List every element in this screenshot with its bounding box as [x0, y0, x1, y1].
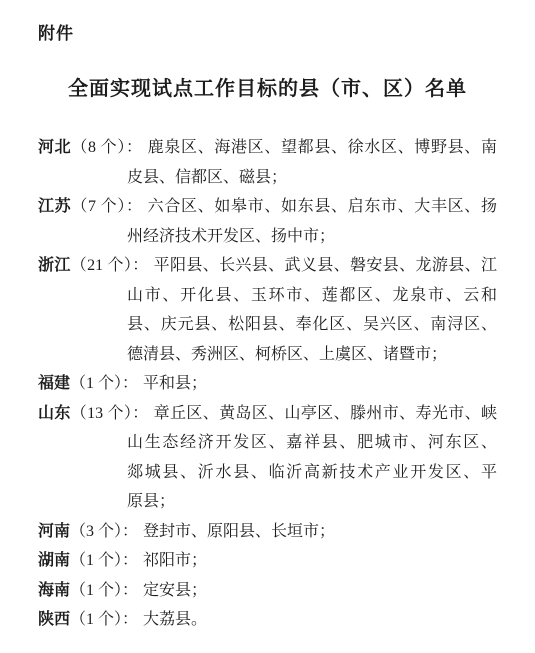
province-name: 海南 [38, 582, 70, 599]
province-count: （21 个）： [71, 257, 149, 274]
entry-text: 祁阳市； [143, 552, 207, 569]
entry-line-first: 河北（8 个）：鹿泉区、海港区、望都县、徐水区、博野县、南 [0, 133, 497, 163]
entry-text: 定安县； [143, 582, 207, 599]
entry-line-first: 湖南（1 个）：祁阳市； [0, 546, 497, 576]
entry-line-first: 陕西（1 个）：大荔县。 [0, 605, 497, 635]
province-count: （8 个）： [71, 139, 142, 156]
province-entries-list: 河北（8 个）：鹿泉区、海港区、望都县、徐水区、博野县、南皮县、信都区、磁县；江… [0, 133, 535, 635]
entry-line-first: 浙江（21 个）：平阳县、长兴县、武义县、磐安县、龙游县、江 [0, 251, 497, 281]
entry-text: 章丘区、黄岛区、山亭区、滕州市、寿光市、峡 [154, 405, 497, 422]
entry-line-continuation: 皮县、信都区、磁县； [0, 163, 497, 193]
province-count: （1 个）： [70, 375, 138, 392]
entry-text: 大荔县。 [143, 611, 207, 628]
page-title: 全面实现试点工作目标的县（市、区）名单 [0, 72, 535, 101]
province-name: 浙江 [38, 257, 71, 274]
province-count: （7 个）： [71, 198, 142, 215]
entry-line-continuation: 德清县、秀洲区、柯桥区、上虞区、诸暨市； [0, 340, 497, 370]
province-name: 河南 [38, 523, 70, 540]
entry-text: 平和县； [143, 375, 207, 392]
entry-text: 登封市、原阳县、长垣市； [143, 523, 335, 540]
entry-line-continuation: 山生态经济开发区、嘉祥县、肥城市、河东区、 [0, 428, 497, 458]
entry-line-first: 河南（3 个）：登封市、原阳县、长垣市； [0, 517, 497, 547]
province-count: （13 个）： [71, 405, 149, 422]
entry-line-continuation: 州经济技术开发区、扬中市； [0, 222, 497, 252]
entry-text: 鹿泉区、海港区、望都县、徐水区、博野县、南 [148, 139, 497, 156]
province-count: （1 个）： [70, 582, 138, 599]
entry-text: 六合区、如皋市、如东县、启东市、大丰区、扬 [148, 198, 497, 215]
entry-line-first: 山东（13 个）：章丘区、黄岛区、山亭区、滕州市、寿光市、峡 [0, 399, 497, 429]
entry-line-first: 福建（1 个）：平和县； [0, 369, 497, 399]
entry-line-continuation: 县、庆元县、松阳县、奉化区、吴兴区、南浔区、 [0, 310, 497, 340]
entry-text: 平阳县、长兴县、武义县、磐安县、龙游县、江 [154, 257, 497, 274]
entry-line-first: 江苏（7 个）：六合区、如皋市、如东县、启东市、大丰区、扬 [0, 192, 497, 222]
province-name: 江苏 [38, 198, 71, 215]
document-page: 附件 全面实现试点工作目标的县（市、区）名单 河北（8 个）：鹿泉区、海港区、望… [0, 0, 535, 653]
province-count: （1 个）： [70, 611, 138, 628]
entry-line-first: 海南（1 个）：定安县； [0, 576, 497, 606]
attachment-label: 附件 [38, 19, 74, 44]
entry-line-continuation: 原县； [0, 487, 497, 517]
entry-line-continuation: 山市、开化县、玉环市、莲都区、龙泉市、云和 [0, 281, 497, 311]
province-name: 山东 [38, 405, 71, 422]
province-count: （3 个）： [70, 523, 138, 540]
province-count: （1 个）： [70, 552, 138, 569]
province-name: 福建 [38, 375, 70, 392]
province-name: 陕西 [38, 611, 70, 628]
province-name: 河北 [38, 139, 71, 156]
province-name: 湖南 [38, 552, 70, 569]
entry-line-continuation: 郯城县、沂水县、临沂高新技术产业开发区、平 [0, 458, 497, 488]
